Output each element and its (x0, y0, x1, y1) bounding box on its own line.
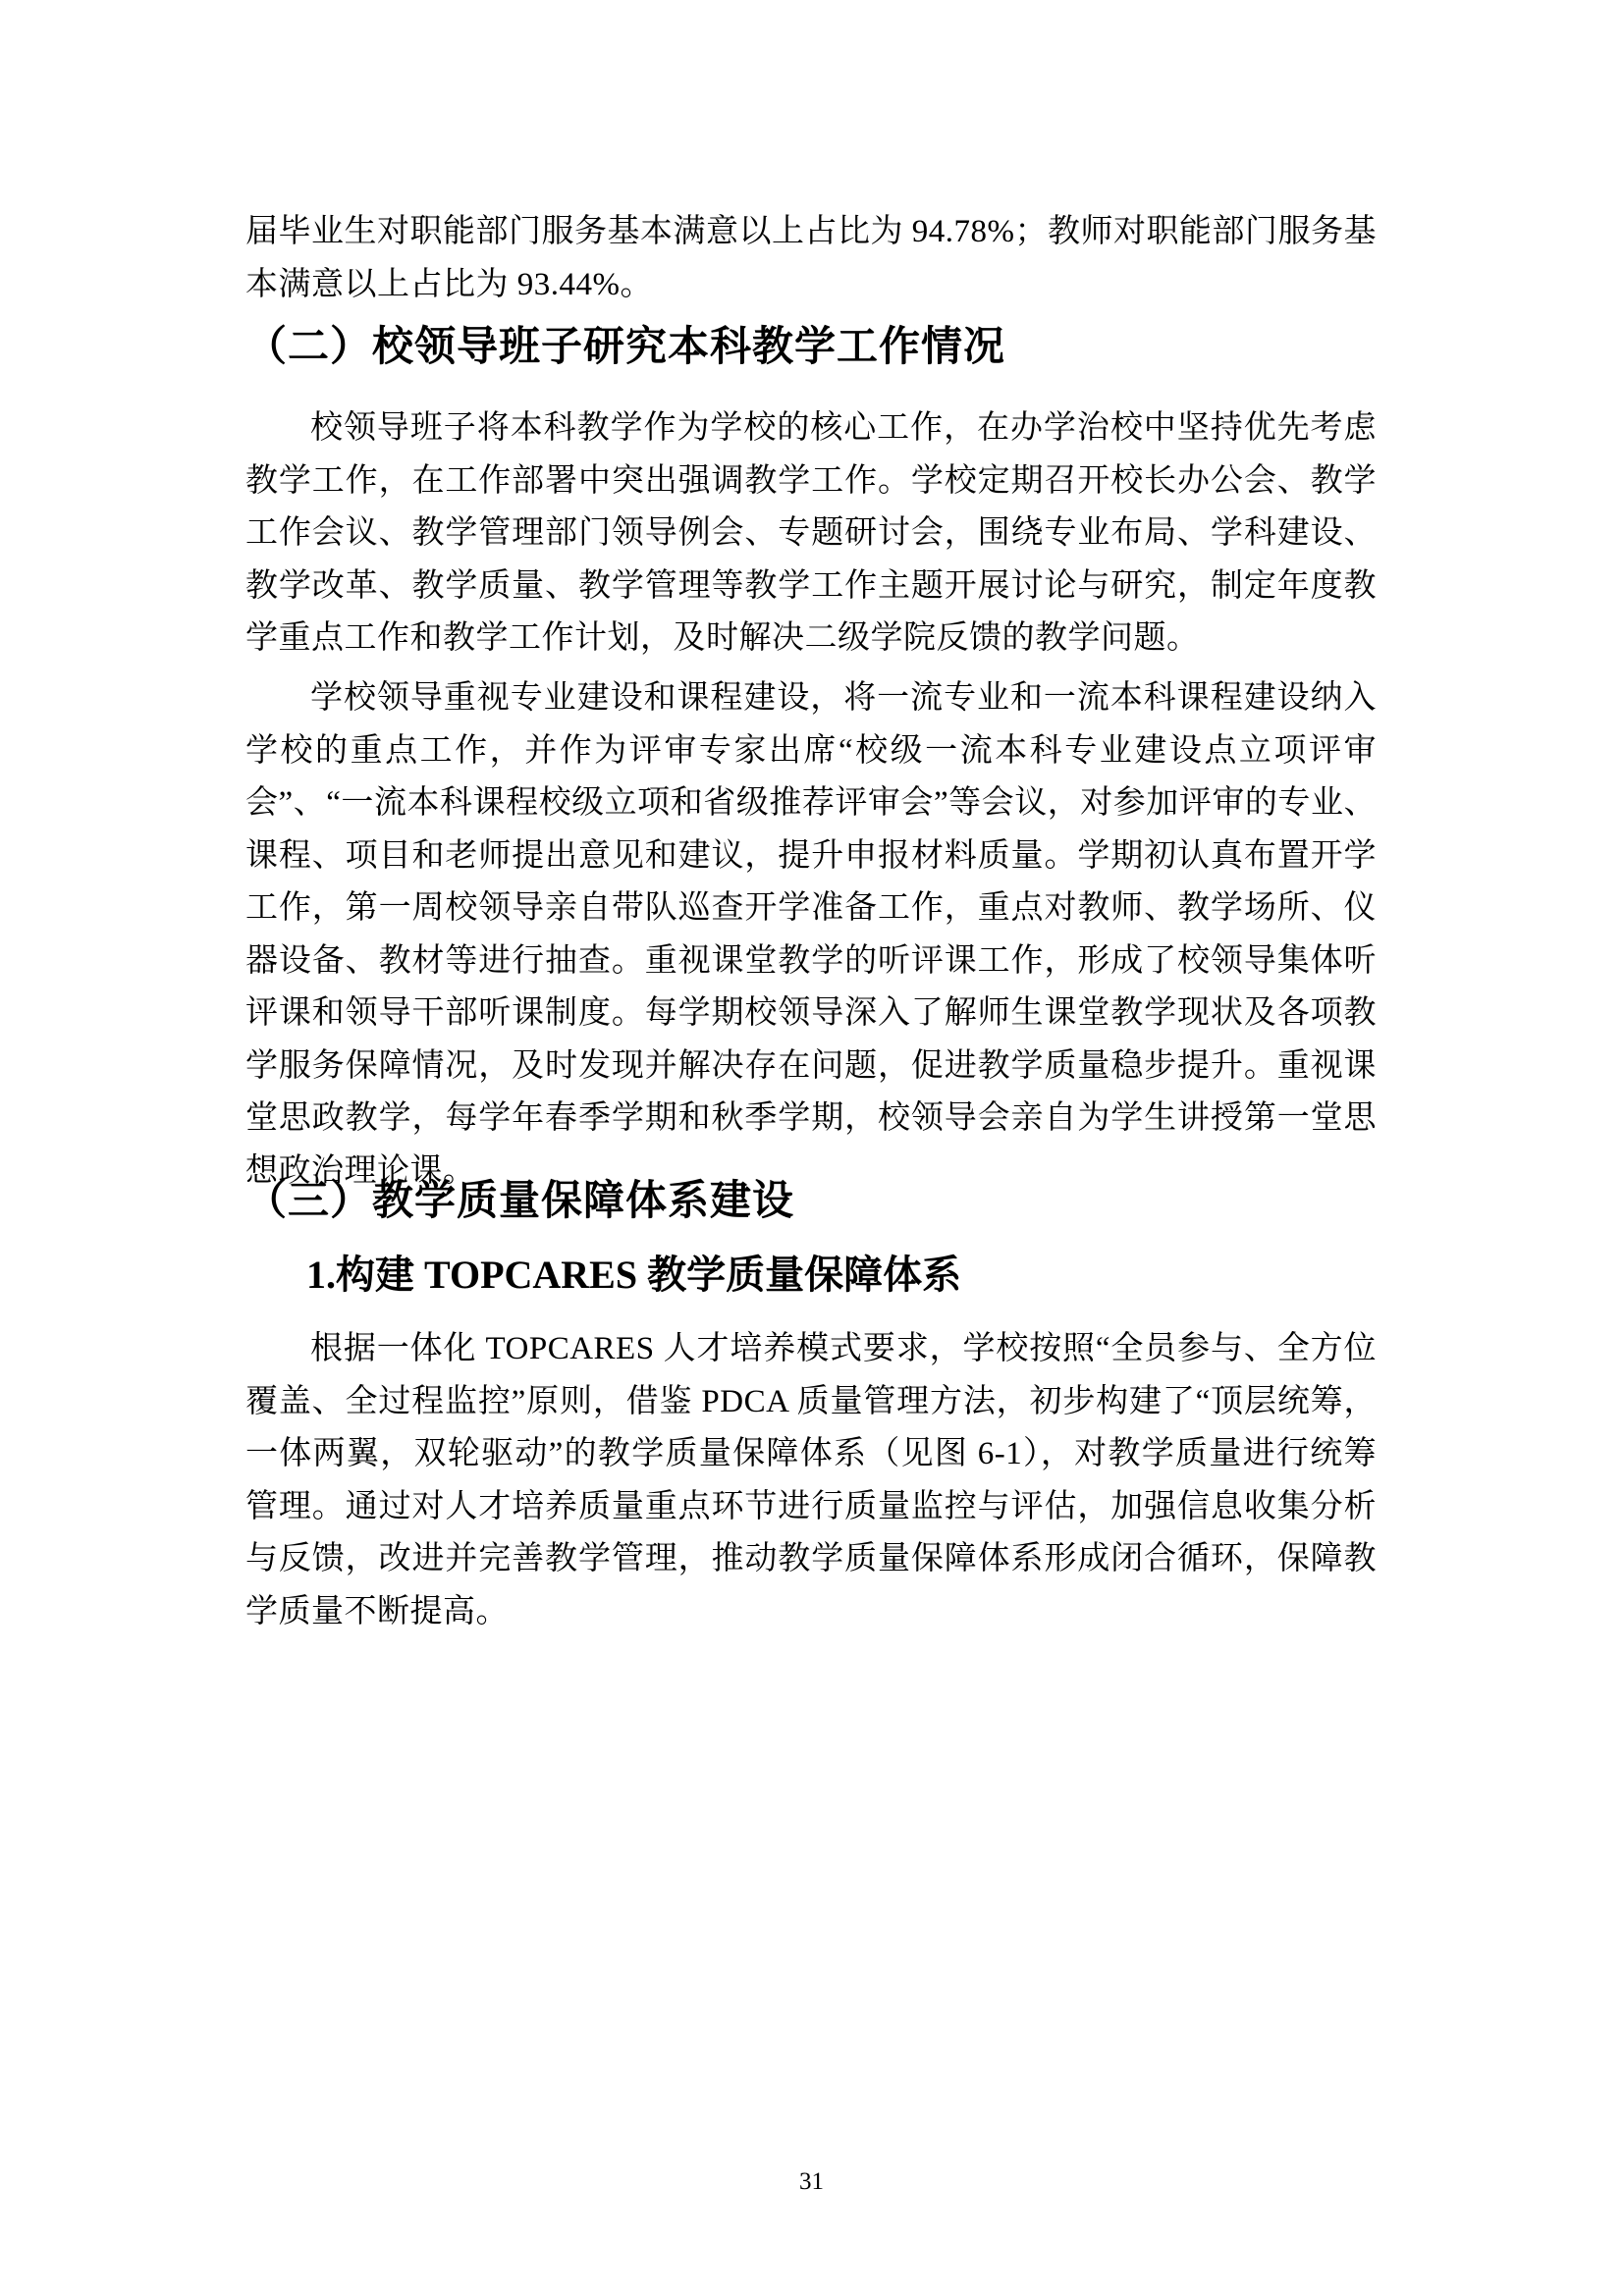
section-2-heading: （二）校领导班子研究本科教学工作情况 (245, 316, 1377, 377)
section-2-paragraph-2: 学校领导重视专业建设和课程建设，将一流专业和一流本科课程建设纳入学校的重点工作，… (245, 672, 1377, 1198)
document-page: 届毕业生对职能部门服务基本满意以上占比为 94.78%；教师对职能部门服务基本满… (0, 0, 1623, 2296)
section-2-paragraph-1: 校领导班子将本科教学作为学校的核心工作，在办学治校中坚持优先考虑教学工作，在工作… (245, 402, 1377, 666)
intro-paragraph: 届毕业生对职能部门服务基本满意以上占比为 94.78%；教师对职能部门服务基本满… (245, 206, 1377, 311)
page-number: 31 (0, 2167, 1623, 2197)
section-3-paragraph-1: 根据一体化 TOPCARES 人才培养模式要求，学校按照“全员参与、全方位覆盖、… (245, 1323, 1377, 1638)
section-3-heading: （三）教学质量保障体系建设 (245, 1170, 1377, 1231)
section-3-subheading: 1.构建 TOPCARES 教学质量保障体系 (245, 1245, 1377, 1306)
